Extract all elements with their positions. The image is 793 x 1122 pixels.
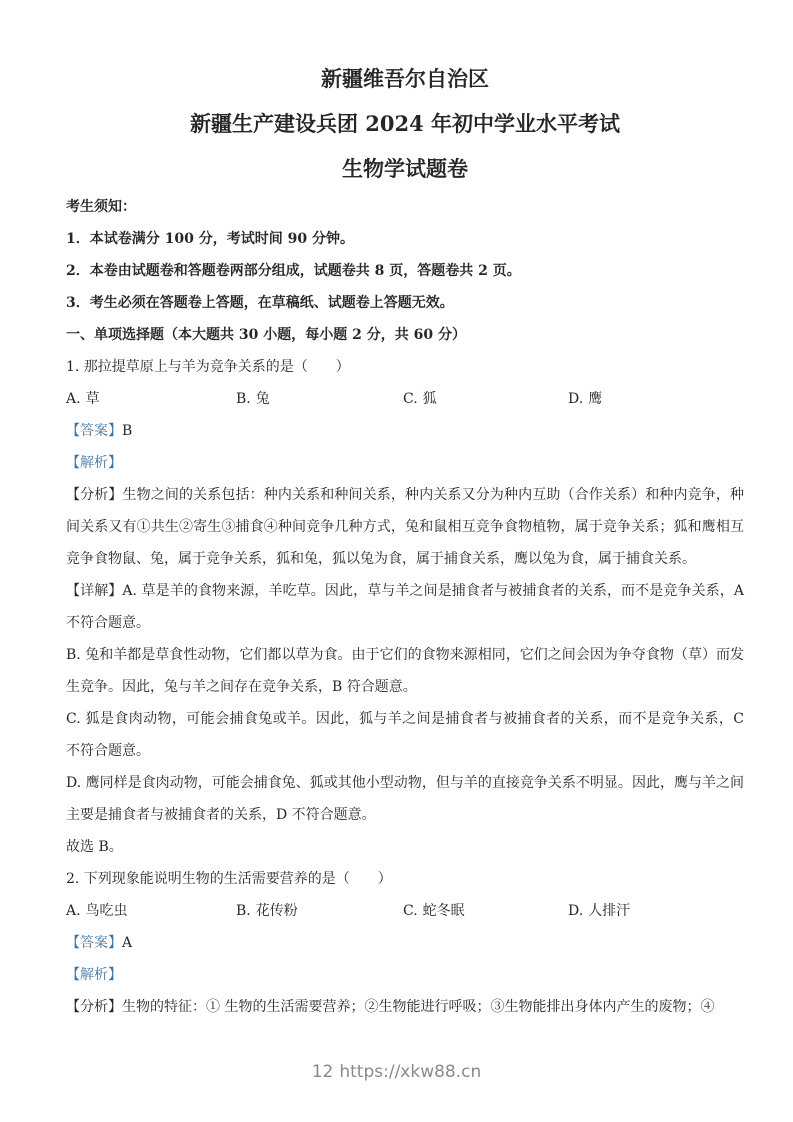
notice-item-2: 2．本卷由试题卷和答题卷两部分组成，试题卷共 8 页，答题卷共 2 页。 <box>66 255 744 287</box>
analysis-label: 【解析】 <box>66 967 122 983</box>
answer-value: A <box>122 935 132 951</box>
page-footer: 12https://xkw88.cn <box>0 1062 793 1082</box>
question-1-option-a: A.草 <box>66 383 236 415</box>
exam-paper-page: 新疆维吾尔自治区 新疆生产建设兵团 2024 年初中学业水平考试 生物学试题卷 … <box>0 0 793 1122</box>
question-1-detail-paragraph-d: D. 鹰同样是食肉动物，可能会捕食兔、狐或其他小型动物，但与羊的直接竞争关系不明… <box>66 767 744 831</box>
option-text: 鹰 <box>588 391 602 407</box>
question-2-answer-line: 【答案】A <box>66 927 744 959</box>
title-exam: 新疆生产建设兵团 2024 年初中学业水平考试 <box>66 101 744 146</box>
option-text: 花传粉 <box>256 903 298 919</box>
option-key: A. <box>66 391 81 407</box>
option-key: C. <box>403 903 418 919</box>
notice-heading: 考生须知： <box>66 191 744 223</box>
question-1-analysis-label: 【解析】 <box>66 447 744 479</box>
question-2-option-b: B.花传粉 <box>236 895 403 927</box>
question-1-detail-paragraph-a: 【详解】A. 草是羊的食物来源，羊吃草。因此，草与羊之间是捕食者与被捕食者的关系… <box>66 575 744 639</box>
question-1-detail-paragraph-b: B. 兔和羊都是草食性动物，它们都以草为食。由于它们的食物来源相同，它们之间会因… <box>66 639 744 703</box>
answer-value: B <box>122 423 132 439</box>
question-1-analysis-paragraph: 【分析】生物之间的关系包括：种内关系和种间关系，种内关系又分为种内互助（合作关系… <box>66 479 744 575</box>
page-number: 12 <box>312 1062 334 1082</box>
option-text: 狐 <box>423 391 437 407</box>
question-1-option-b: B.兔 <box>236 383 403 415</box>
option-text: 兔 <box>256 391 270 407</box>
question-1-detail-paragraph-c: C. 狐是食肉动物，可能会捕食兔或羊。因此，狐与羊之间是捕食者与被捕食者的关系，… <box>66 703 744 767</box>
question-1-options: A.草 B.兔 C.狐 D.鹰 <box>66 383 744 415</box>
question-2-stem: 2. 下列现象能说明生物的生活需要营养的是（ ） <box>66 863 744 895</box>
option-text: 鸟吃虫 <box>86 903 128 919</box>
option-key: B. <box>236 391 251 407</box>
option-text: 蛇冬眠 <box>423 903 465 919</box>
question-1-answer-line: 【答案】B <box>66 415 744 447</box>
question-2-option-a: A.鸟吃虫 <box>66 895 236 927</box>
title-region: 新疆维吾尔自治区 <box>66 56 744 101</box>
answer-label: 【答案】 <box>66 423 122 439</box>
document-content: 新疆维吾尔自治区 新疆生产建设兵团 2024 年初中学业水平考试 生物学试题卷 … <box>66 56 744 1023</box>
answer-label: 【答案】 <box>66 935 122 951</box>
title-subject: 生物学试题卷 <box>66 146 744 191</box>
question-1-conclusion: 故选 B。 <box>66 831 744 863</box>
footer-url[interactable]: https://xkw88.cn <box>339 1062 481 1082</box>
notice-item-1: 1．本试卷满分 100 分，考试时间 90 分钟。 <box>66 223 744 255</box>
question-2-analysis-paragraph: 【分析】生物的特征：① 生物的生活需要营养；②生物能进行呼吸；③生物能排出身体内… <box>66 991 744 1023</box>
question-1-option-c: C.狐 <box>403 383 568 415</box>
analysis-label: 【解析】 <box>66 455 122 471</box>
question-2-option-c: C.蛇冬眠 <box>403 895 568 927</box>
option-key: A. <box>66 903 81 919</box>
option-text: 草 <box>86 391 100 407</box>
notice-item-3: 3．考生必须在答题卷上答题，在草稿纸、试题卷上答题无效。 <box>66 287 744 319</box>
option-key: D. <box>568 391 583 407</box>
option-text: 人排汗 <box>588 903 630 919</box>
section-heading: 一、单项选择题（本大题共 30 小题，每小题 2 分，共 60 分） <box>66 319 744 351</box>
question-2-option-d: D.人排汗 <box>568 895 744 927</box>
option-key: B. <box>236 903 251 919</box>
option-key: D. <box>568 903 583 919</box>
option-key: C. <box>403 391 418 407</box>
question-1-option-d: D.鹰 <box>568 383 744 415</box>
question-2-analysis-label: 【解析】 <box>66 959 744 991</box>
question-2-options: A.鸟吃虫 B.花传粉 C.蛇冬眠 D.人排汗 <box>66 895 744 927</box>
question-1-stem: 1. 那拉提草原上与羊为竞争关系的是（ ） <box>66 351 744 383</box>
